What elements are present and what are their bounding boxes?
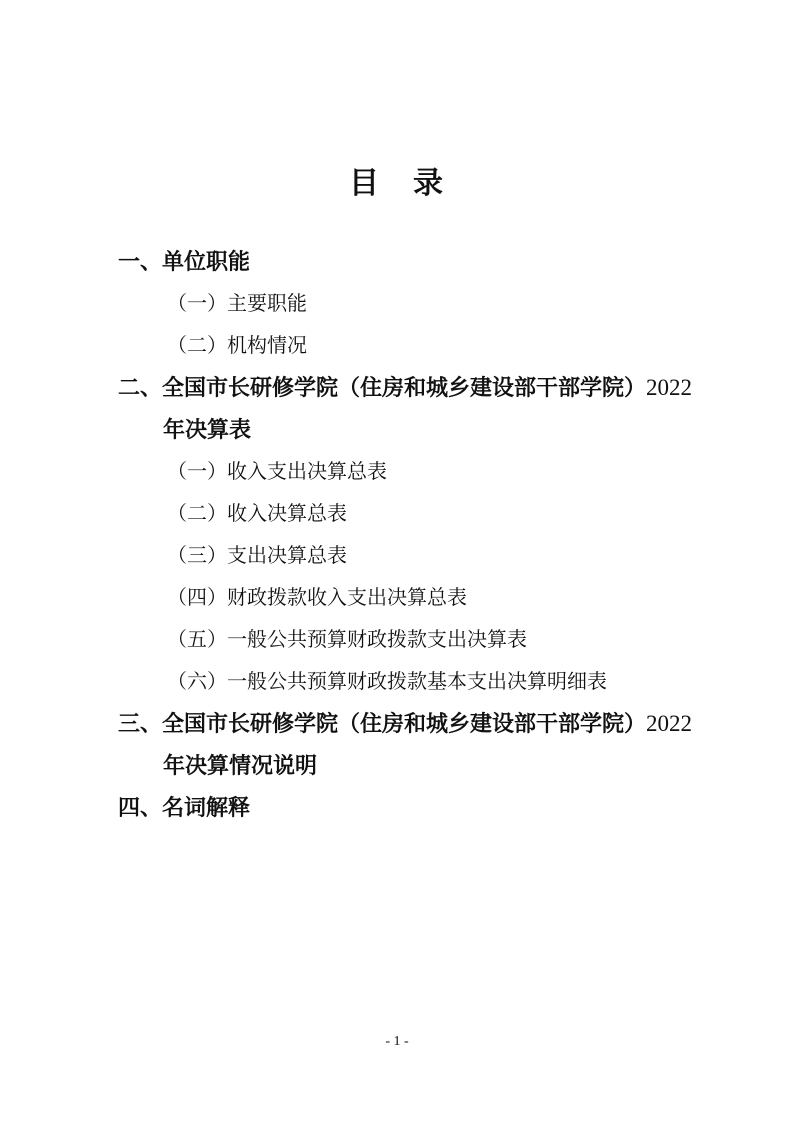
toc-item-final-accounts-notes-cont: 年决算情况说明 [118,745,694,787]
toc-item-glossary: 四、名词解释 [118,787,694,829]
toc-subitem-public-budget-basic-expense-detail: （六）一般公共预算财政拨款基本支出决算明细表 [118,661,694,703]
toc-item-text: （四）财政拨款收入支出决算总表 [167,587,467,609]
toc-item-text: （三）支出决算总表 [167,545,347,567]
page-title: 目 录 [0,158,794,202]
table-of-contents: 一、单位职能 （一）主要职能 （二）机构情况 二、全国市长研修学院（住房和城乡建… [118,241,694,829]
page-number: - 1 - [0,1034,794,1050]
toc-item-year: 2022 [646,711,692,736]
toc-item-text: （六）一般公共预算财政拨款基本支出决算明细表 [167,671,607,693]
toc-item-unit-functions: 一、单位职能 [118,241,694,283]
document-page: 目 录 一、单位职能 （一）主要职能 （二）机构情况 二、全国市长研修学院（住房… [0,0,794,1123]
toc-item-text: 一、单位职能 [118,249,250,274]
toc-subitem-main-functions: （一）主要职能 [118,283,694,325]
toc-item-text: （五）一般公共预算财政拨款支出决算表 [167,629,527,651]
toc-item-final-accounts-notes: 三、全国市长研修学院（住房和城乡建设部干部学院）2022 [118,703,694,745]
toc-item-text: 二、全国市长研修学院（住房和城乡建设部干部学院） [118,375,646,400]
toc-subitem-expense-summary: （三）支出决算总表 [118,535,694,577]
toc-subitem-public-budget-expense: （五）一般公共预算财政拨款支出决算表 [118,619,694,661]
toc-subitem-organization: （二）机构情况 [118,325,694,367]
toc-item-text: 三、全国市长研修学院（住房和城乡建设部干部学院） [118,711,646,736]
toc-item-text: （二）收入决算总表 [167,503,347,525]
toc-item-text: 四、名词解释 [118,795,250,820]
toc-item-text: （二）机构情况 [167,335,307,357]
toc-subitem-income-summary: （二）收入决算总表 [118,493,694,535]
toc-subitem-income-expense-summary: （一）收入支出决算总表 [118,451,694,493]
toc-item-year: 2022 [646,375,692,400]
toc-item-text: （一）主要职能 [167,293,307,315]
toc-item-text: 年决算情况说明 [163,753,317,778]
toc-item-final-accounts-tables-cont: 年决算表 [118,409,694,451]
toc-item-text: （一）收入支出决算总表 [167,461,387,483]
toc-item-text: 年决算表 [163,417,251,442]
toc-item-final-accounts-tables: 二、全国市长研修学院（住房和城乡建设部干部学院）2022 [118,367,694,409]
toc-subitem-fiscal-appropriation-summary: （四）财政拨款收入支出决算总表 [118,577,694,619]
